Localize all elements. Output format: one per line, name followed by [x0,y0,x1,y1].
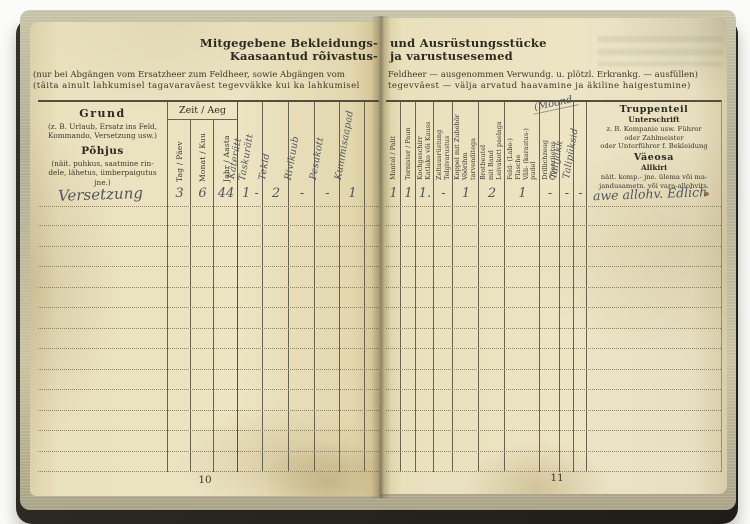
empty-rows [386,206,721,472]
entry-cell: - [540,183,560,206]
rotated-label-text [358,179,359,182]
entry-cell: 44 [214,183,238,206]
table-row [38,267,379,287]
left-page-note: (nur bei Abgängen vom Ersatzheer zum Fel… [33,70,380,91]
rotated-label-text: Monat / Kuu [198,133,207,185]
entry-cell: Versetzung [42,181,183,209]
entry-cell [365,183,379,206]
left-title-estonian: Kaasaantud rõivastus- [140,50,378,63]
date-group-header: Zeit / Aeg [168,102,238,120]
table-row [386,247,721,267]
rotated-label: Brotbeutel mit Band Leivakott paelaga [479,103,505,183]
unit-sub-german: Unterschrift [587,116,721,125]
table-row [38,452,379,472]
left-note-german: (nur bei Abgängen vom Ersatzheer zum Fel… [33,70,380,81]
rotated-label-text: Mantel / Palit [390,136,398,183]
entry-cell: 1. [416,183,434,206]
table-row [386,431,721,451]
table-row [386,411,721,431]
table-row [38,247,379,267]
rotated-label-text: Kochgeschirr Katlake või Kauss [417,122,433,183]
table-row [38,329,379,349]
entry-row: Versetzung36441 -2--1 [38,185,379,207]
table-row [38,431,379,451]
entry-cell: - [560,183,574,206]
rotated-label-text: Feld- (Labe-) Flasche Väli- (karastus-) … [507,128,539,183]
table-row [386,267,721,287]
entry-cell: - [289,183,315,206]
reason-title-estonian: Põhjus [38,145,167,157]
entry-cell: 1 [401,183,416,206]
table-row [38,206,379,226]
table-row [386,390,721,410]
rotated-label: Monat / Kuu [191,123,214,185]
entry-cell: 6 [191,183,214,206]
entry-cell: - [434,183,453,206]
left-note-estonian: (täita ainult lahkumisel tagavaraväest t… [33,81,380,92]
entry-cell: 1 [386,183,401,206]
right-note-estonian: tegevväest — välja arvatud haavamine ja … [388,81,726,92]
rotated-label: Koppel mit Zubehör Vöörihm tarvenditega [453,103,479,183]
unit-sub-estonian: Allkiri [587,164,721,173]
reason-note-german: (z. B. Urlaub, Ersatz ins Feld, Kommando… [38,122,167,141]
table-row [386,288,721,308]
table-row [386,226,721,246]
table-row [38,411,379,431]
empty-rows [38,206,379,472]
entry-cell: 1 [505,183,540,206]
right-title-estonian: ja varustusesemed [390,50,690,63]
table-row [386,329,721,349]
rotated-label-text: Zeltausrüstung Telgivarustus [436,130,452,183]
rotated-label-text: Tag / Päev [175,141,184,185]
entry-cell: 2 [263,183,289,206]
rotated-label-text: Koppel mit Zubehör Vöörihm tarvenditega [454,114,478,183]
table-row [38,390,379,410]
unit-desc-german: z. B. Kompanie usw. Führer oder Zahlmeis… [587,125,721,151]
table-row [386,308,721,328]
entry-cell: - [315,183,340,206]
rotated-label: Kochgeschirr Katlake või Kauss [416,103,434,183]
right-page-number: 11 [537,472,577,484]
entry-row: 111.-121---awe allohv. Edlich [386,185,721,207]
entry-cell: - [574,183,587,206]
rotated-label-text: Tekid [257,152,273,183]
entry-cell: 2 [479,183,505,206]
right-page-note: Feldheer — ausgenommen Verwundg. u. plöt… [388,70,726,91]
scanned-clothing-record-book: Mitgegebene Bekleidungs- Kaasaantud rõiv… [0,0,750,524]
rotated-label: Zeltausrüstung Telgivarustus [434,103,453,183]
right-title-german: und Ausrüstungsstücke [390,37,690,50]
table-row [38,370,379,390]
table-row [386,206,721,226]
right-issue-table: Truppenteil Unterschrift z. B. Kompanie … [386,100,722,472]
table-row [386,370,721,390]
rotated-label: Tag / Päev [168,123,191,185]
entry-cell: 3 [168,183,191,206]
right-note-german: Feldheer — ausgenommen Verwundg. u. plöt… [388,70,726,81]
table-row [38,288,379,308]
left-title-german: Mitgegebene Bekleidungs- [140,37,378,50]
left-page-number: 10 [185,474,225,486]
rotated-label: Tornister / Paun [401,103,416,183]
rotated-label: Feld- (Labe-) Flasche Väli- (karastus-) … [505,103,540,183]
entry-cell: 1 [453,183,479,206]
table-row [386,452,721,472]
reason-title-german: Grund [38,107,167,120]
table-row [38,349,379,369]
table-row [38,308,379,328]
rotated-label: Mantel / Palit [386,103,401,183]
rotated-label-text: Brotbeutel mit Band Leivakott paelaga [480,121,504,183]
entry-cell: 1 - [238,183,263,206]
rotated-label-text: Tornister / Paun [405,127,413,183]
table-row [386,349,721,369]
left-issue-table: Grund (z. B. Urlaub, Ersatz ins Feld, Ko… [38,100,379,472]
right-page-title: und Ausrüstungsstücke ja varustusesemed [390,37,690,63]
left-page-title: Mitgegebene Bekleidungs- Kaasaantud rõiv… [140,37,378,63]
stain-dot [704,192,709,196]
rotated-label-text: Pesukott [309,136,328,183]
table-row [38,226,379,246]
entry-cell: 1 [340,183,365,206]
rotated-label-text: Rivikuub [283,136,302,184]
